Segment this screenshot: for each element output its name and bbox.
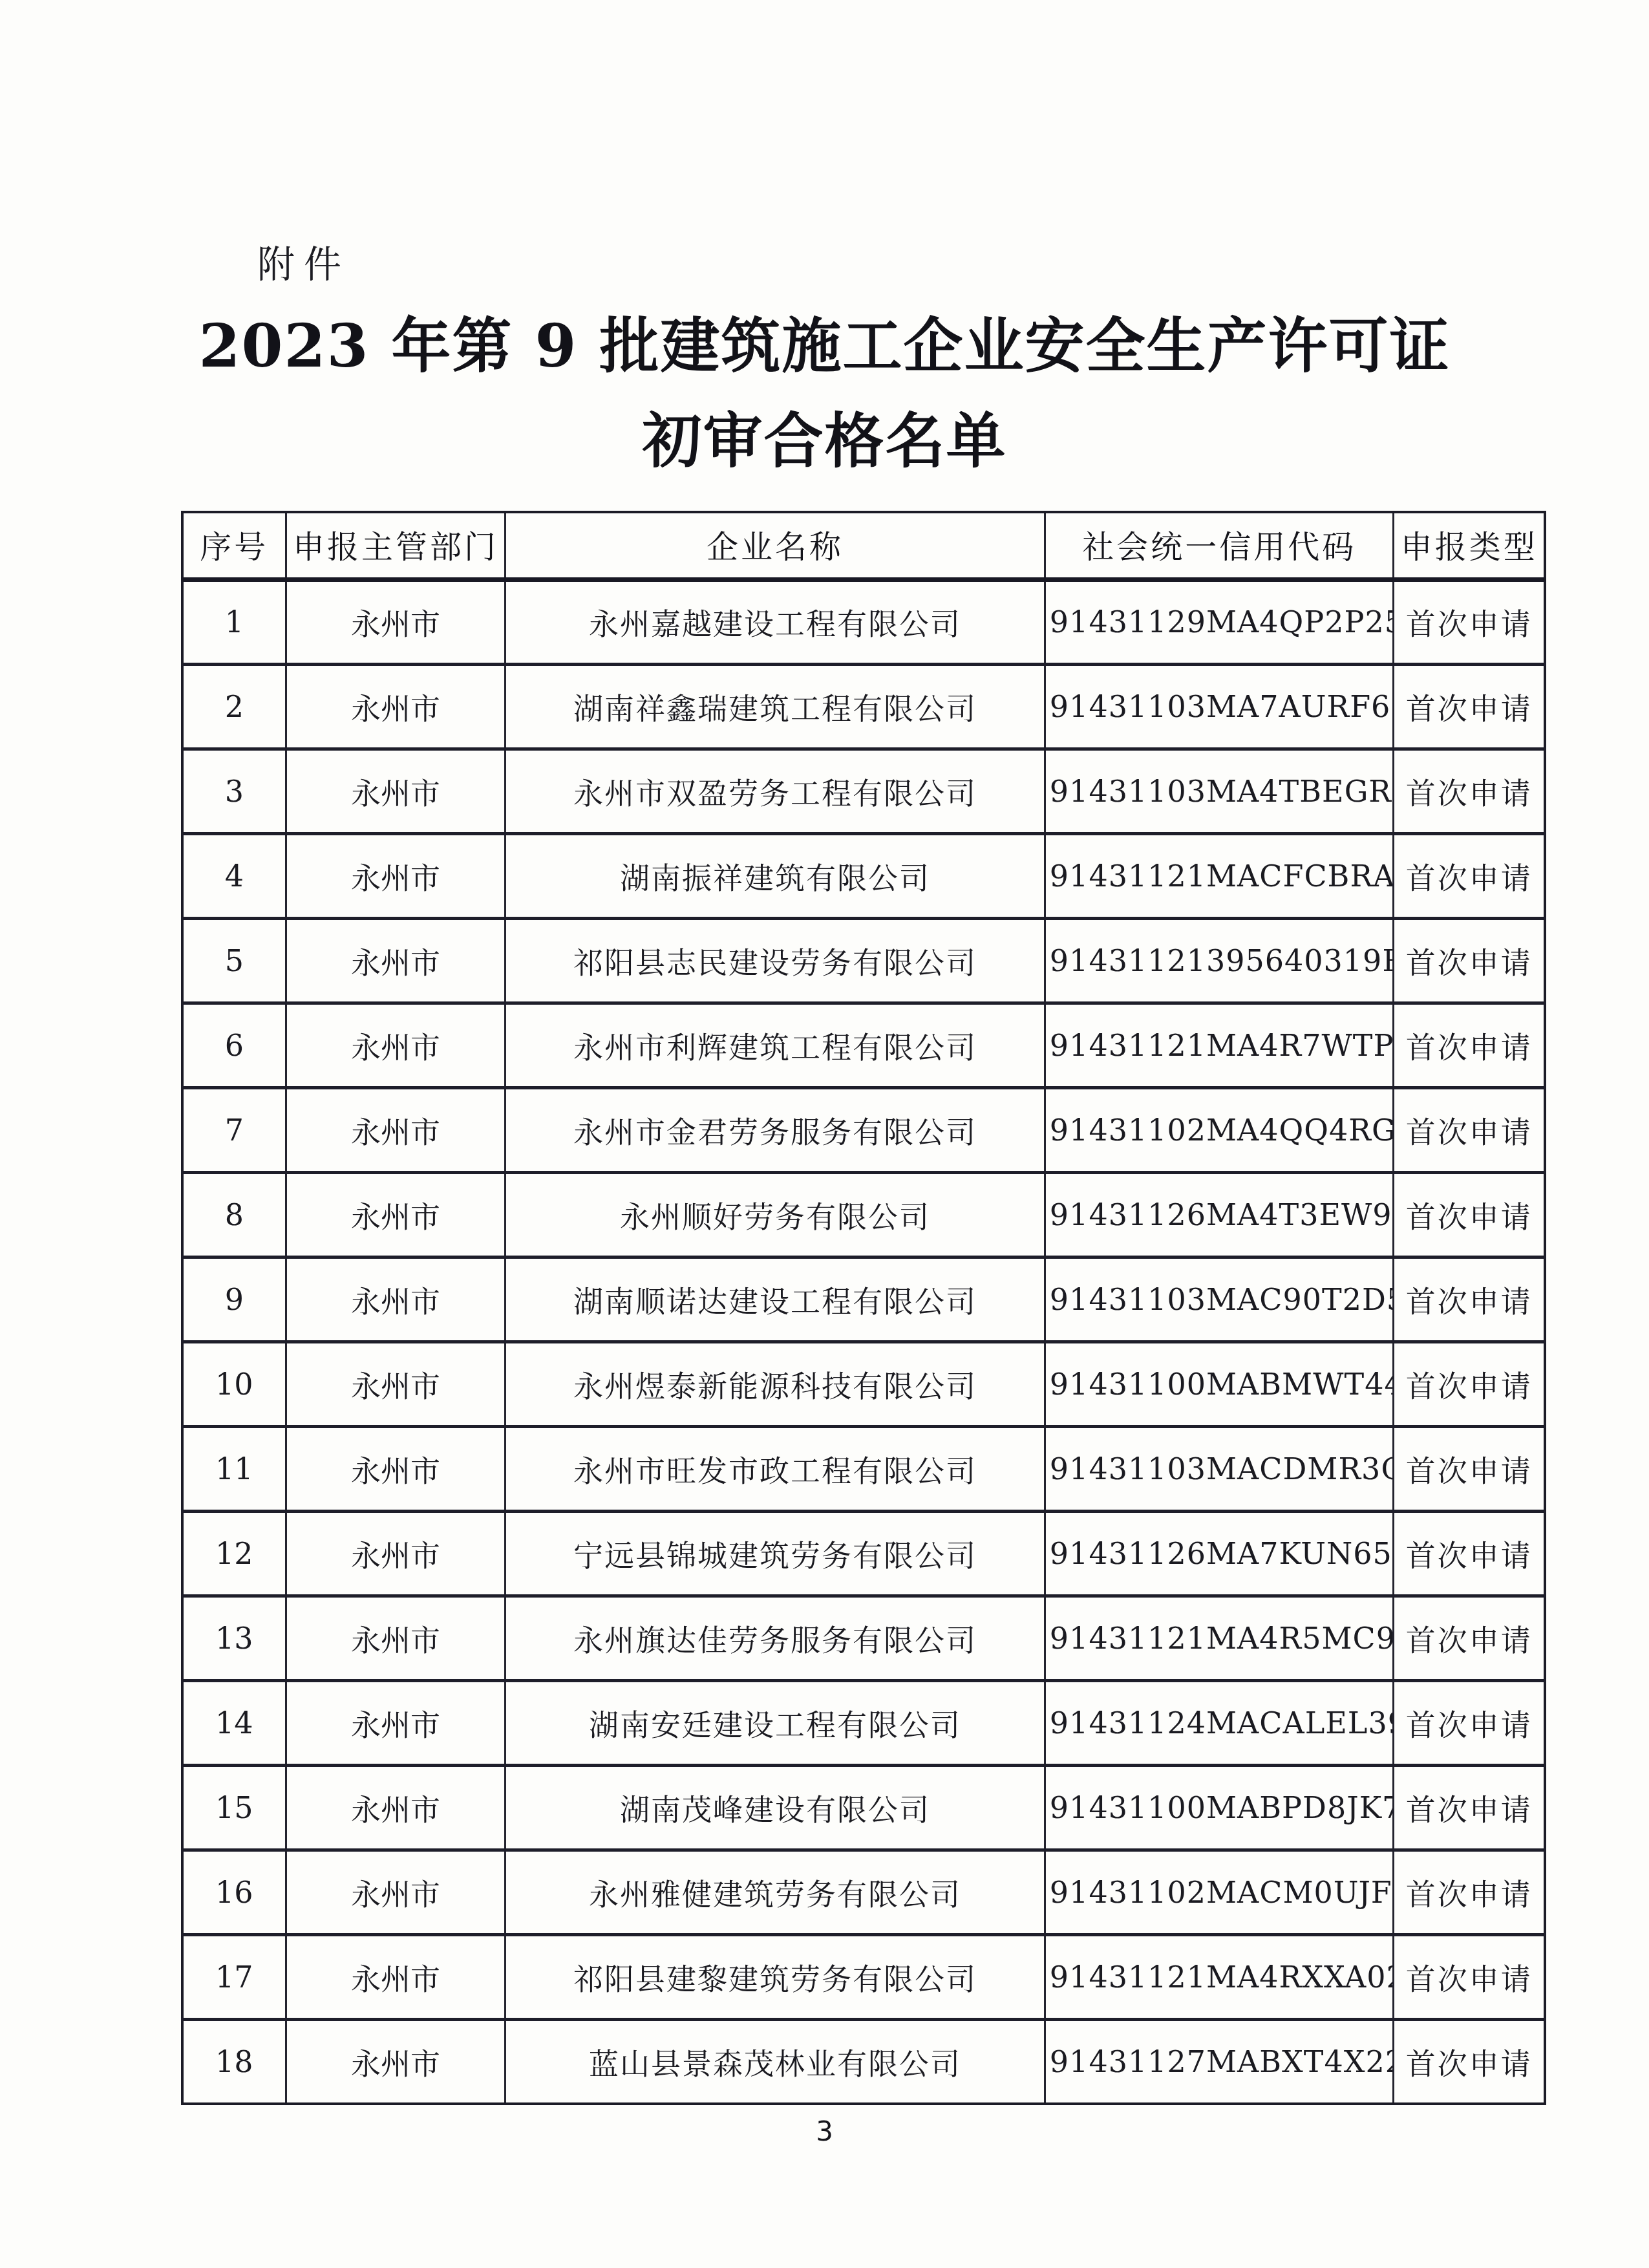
header-serial-number: 序号 <box>182 512 286 579</box>
table-body: 1 永州市 永州嘉越建设工程有限公司 91431129MA4QP2P25U 首次… <box>182 579 1545 2104</box>
table-row: 4 永州市 湖南振祥建筑有限公司 91431121MACFCBRA1M 首次申请 <box>182 833 1545 918</box>
credit-code-cell: 91431103MAC90T2D5G <box>1045 1257 1394 1342</box>
company-name-cell: 永州旗达佳劳务服务有限公司 <box>505 1596 1045 1680</box>
serial-number-cell: 1 <box>182 579 286 664</box>
serial-number-cell: 2 <box>182 664 286 749</box>
table-row: 12 永州市 宁远县锦城建筑劳务有限公司 91431126MA7KUN6532 … <box>182 1511 1545 1596</box>
department-cell: 永州市 <box>286 749 505 833</box>
table-row: 1 永州市 永州嘉越建设工程有限公司 91431129MA4QP2P25U 首次… <box>182 579 1545 664</box>
company-name-cell: 永州顺好劳务有限公司 <box>505 1172 1045 1257</box>
credit-code-cell: 91431100MABMWT4495 <box>1045 1342 1394 1426</box>
application-type-cell: 首次申请 <box>1394 1426 1545 1511</box>
company-name-cell: 湖南安廷建设工程有限公司 <box>505 1680 1045 1765</box>
serial-number-cell: 6 <box>182 1003 286 1087</box>
company-name-cell: 永州嘉越建设工程有限公司 <box>505 579 1045 664</box>
table-row: 15 永州市 湖南茂峰建设有限公司 91431100MABPD8JK7W 首次申… <box>182 1765 1545 1850</box>
header-application-type: 申报类型 <box>1394 512 1545 579</box>
application-type-cell: 首次申请 <box>1394 1087 1545 1172</box>
department-cell: 永州市 <box>286 1596 505 1680</box>
header-company-name: 企业名称 <box>505 512 1045 579</box>
company-name-cell: 永州市金君劳务服务有限公司 <box>505 1087 1045 1172</box>
company-name-cell: 宁远县锦城建筑劳务有限公司 <box>505 1511 1045 1596</box>
serial-number-cell: 8 <box>182 1172 286 1257</box>
application-type-cell: 首次申请 <box>1394 1765 1545 1850</box>
application-type-cell: 首次申请 <box>1394 918 1545 1003</box>
department-cell: 永州市 <box>286 1934 505 2019</box>
table-row: 6 永州市 永州市利辉建筑工程有限公司 91431121MA4R7WTP3B 首… <box>182 1003 1545 1087</box>
credit-code-cell: 91431103MA4TBEGR1Q <box>1045 749 1394 833</box>
table-row: 17 永州市 祁阳县建黎建筑劳务有限公司 91431121MA4RXXA027 … <box>182 1934 1545 2019</box>
credit-code-cell: 91431100MABPD8JK7W <box>1045 1765 1394 1850</box>
table-row: 7 永州市 永州市金君劳务服务有限公司 91431102MA4QQ4RG3H 首… <box>182 1087 1545 1172</box>
credit-code-cell: 91431121MA4R7WTP3B <box>1045 1003 1394 1087</box>
serial-number-cell: 10 <box>182 1342 286 1426</box>
company-name-cell: 湖南振祥建筑有限公司 <box>505 833 1045 918</box>
application-type-cell: 首次申请 <box>1394 664 1545 749</box>
application-type-cell: 首次申请 <box>1394 1934 1545 2019</box>
department-cell: 永州市 <box>286 833 505 918</box>
application-type-cell: 首次申请 <box>1394 579 1545 664</box>
credit-code-cell: 91431121MA4RXXA027 <box>1045 1934 1394 2019</box>
application-type-cell: 首次申请 <box>1394 1172 1545 1257</box>
serial-number-cell: 12 <box>182 1511 286 1596</box>
table-header: 序号 申报主管部门 企业名称 社会统一信用代码 申报类型 <box>182 512 1545 579</box>
serial-number-cell: 9 <box>182 1257 286 1342</box>
application-type-cell: 首次申请 <box>1394 1596 1545 1680</box>
application-type-cell: 首次申请 <box>1394 1511 1545 1596</box>
department-cell: 永州市 <box>286 1342 505 1426</box>
attachment-label: 附件 <box>257 234 350 288</box>
application-type-cell: 首次申请 <box>1394 1257 1545 1342</box>
company-name-cell: 永州雅健建筑劳务有限公司 <box>505 1850 1045 1934</box>
department-cell: 永州市 <box>286 1765 505 1850</box>
document-title-line2: 初审合格名单 <box>0 394 1649 489</box>
department-cell: 永州市 <box>286 2019 505 2104</box>
table-row: 13 永州市 永州旗达佳劳务服务有限公司 91431121MA4R5MC96L … <box>182 1596 1545 1680</box>
company-name-cell: 永州市双盈劳务工程有限公司 <box>505 749 1045 833</box>
department-cell: 永州市 <box>286 1511 505 1596</box>
table-row: 3 永州市 永州市双盈劳务工程有限公司 91431103MA4TBEGR1Q 首… <box>182 749 1545 833</box>
serial-number-cell: 14 <box>182 1680 286 1765</box>
department-cell: 永州市 <box>286 579 505 664</box>
company-name-cell: 湖南茂峰建设有限公司 <box>505 1765 1045 1850</box>
table-row: 14 永州市 湖南安廷建设工程有限公司 91431124MACALEL39W 首… <box>182 1680 1545 1765</box>
credit-code-cell: 91431103MACDMR3Q6A <box>1045 1426 1394 1511</box>
credit-code-cell: 91431121MA4R5MC96L <box>1045 1596 1394 1680</box>
company-name-cell: 湖南顺诺达建设工程有限公司 <box>505 1257 1045 1342</box>
department-cell: 永州市 <box>286 918 505 1003</box>
credit-code-cell: 91431121395640319R <box>1045 918 1394 1003</box>
document-title: 2023 年第 9 批建筑施工企业安全生产许可证 初审合格名单 <box>0 299 1649 489</box>
credit-code-cell: 91431102MA4QQ4RG3H <box>1045 1087 1394 1172</box>
serial-number-cell: 15 <box>182 1765 286 1850</box>
application-type-cell: 首次申请 <box>1394 833 1545 918</box>
credit-code-cell: 91431103MA7AURF601 <box>1045 664 1394 749</box>
serial-number-cell: 17 <box>182 1934 286 2019</box>
credit-code-cell: 91431102MACM0UJF42 <box>1045 1850 1394 1934</box>
serial-number-cell: 7 <box>182 1087 286 1172</box>
department-cell: 永州市 <box>286 1003 505 1087</box>
company-name-cell: 永州市旺发市政工程有限公司 <box>505 1426 1045 1511</box>
company-name-cell: 蓝山县景森茂林业有限公司 <box>505 2019 1045 2104</box>
table-row: 5 永州市 祁阳县志民建设劳务有限公司 91431121395640319R 首… <box>182 918 1545 1003</box>
department-cell: 永州市 <box>286 664 505 749</box>
table-row: 2 永州市 湖南祥鑫瑞建筑工程有限公司 91431103MA7AURF601 首… <box>182 664 1545 749</box>
table-row: 8 永州市 永州顺好劳务有限公司 91431126MA4T3EW92U 首次申请 <box>182 1172 1545 1257</box>
company-name-cell: 湖南祥鑫瑞建筑工程有限公司 <box>505 664 1045 749</box>
company-name-cell: 永州市利辉建筑工程有限公司 <box>505 1003 1045 1087</box>
header-reporting-department: 申报主管部门 <box>286 512 505 579</box>
company-name-cell: 祁阳县志民建设劳务有限公司 <box>505 918 1045 1003</box>
department-cell: 永州市 <box>286 1257 505 1342</box>
serial-number-cell: 5 <box>182 918 286 1003</box>
serial-number-cell: 11 <box>182 1426 286 1511</box>
credit-code-cell: 91431121MACFCBRA1M <box>1045 833 1394 918</box>
page-number: 3 <box>0 2115 1649 2147</box>
credit-code-cell: 91431126MA7KUN6532 <box>1045 1511 1394 1596</box>
document-title-line1: 2023 年第 9 批建筑施工企业安全生产许可证 <box>0 299 1649 394</box>
header-credit-code: 社会统一信用代码 <box>1045 512 1394 579</box>
credit-code-cell: 91431126MA4T3EW92U <box>1045 1172 1394 1257</box>
department-cell: 永州市 <box>286 1680 505 1765</box>
application-type-cell: 首次申请 <box>1394 1850 1545 1934</box>
table-row: 10 永州市 永州煜泰新能源科技有限公司 91431100MABMWT4495 … <box>182 1342 1545 1426</box>
application-type-cell: 首次申请 <box>1394 1003 1545 1087</box>
department-cell: 永州市 <box>286 1850 505 1934</box>
serial-number-cell: 4 <box>182 833 286 918</box>
company-name-cell: 永州煜泰新能源科技有限公司 <box>505 1342 1045 1426</box>
credit-code-cell: 91431127MABXT4X22M <box>1045 2019 1394 2104</box>
department-cell: 永州市 <box>286 1172 505 1257</box>
table-row: 11 永州市 永州市旺发市政工程有限公司 91431103MACDMR3Q6A … <box>182 1426 1545 1511</box>
serial-number-cell: 3 <box>182 749 286 833</box>
scanned-document-page: 附件 2023 年第 9 批建筑施工企业安全生产许可证 初审合格名单 序号 申报… <box>0 0 1649 2268</box>
table-row: 16 永州市 永州雅健建筑劳务有限公司 91431102MACM0UJF42 首… <box>182 1850 1545 1934</box>
serial-number-cell: 18 <box>182 2019 286 2104</box>
table-row: 9 永州市 湖南顺诺达建设工程有限公司 91431103MAC90T2D5G 首… <box>182 1257 1545 1342</box>
department-cell: 永州市 <box>286 1426 505 1511</box>
department-cell: 永州市 <box>286 1087 505 1172</box>
application-type-cell: 首次申请 <box>1394 749 1545 833</box>
company-name-cell: 祁阳县建黎建筑劳务有限公司 <box>505 1934 1045 2019</box>
credit-code-cell: 91431124MACALEL39W <box>1045 1680 1394 1765</box>
credit-code-cell: 91431129MA4QP2P25U <box>1045 579 1394 664</box>
serial-number-cell: 13 <box>182 1596 286 1680</box>
table-header-row: 序号 申报主管部门 企业名称 社会统一信用代码 申报类型 <box>182 512 1545 579</box>
license-approval-table: 序号 申报主管部门 企业名称 社会统一信用代码 申报类型 1 永州市 永州嘉越建… <box>181 511 1546 2105</box>
application-type-cell: 首次申请 <box>1394 2019 1545 2104</box>
table-row: 18 永州市 蓝山县景森茂林业有限公司 91431127MABXT4X22M 首… <box>182 2019 1545 2104</box>
serial-number-cell: 16 <box>182 1850 286 1934</box>
application-type-cell: 首次申请 <box>1394 1680 1545 1765</box>
application-type-cell: 首次申请 <box>1394 1342 1545 1426</box>
